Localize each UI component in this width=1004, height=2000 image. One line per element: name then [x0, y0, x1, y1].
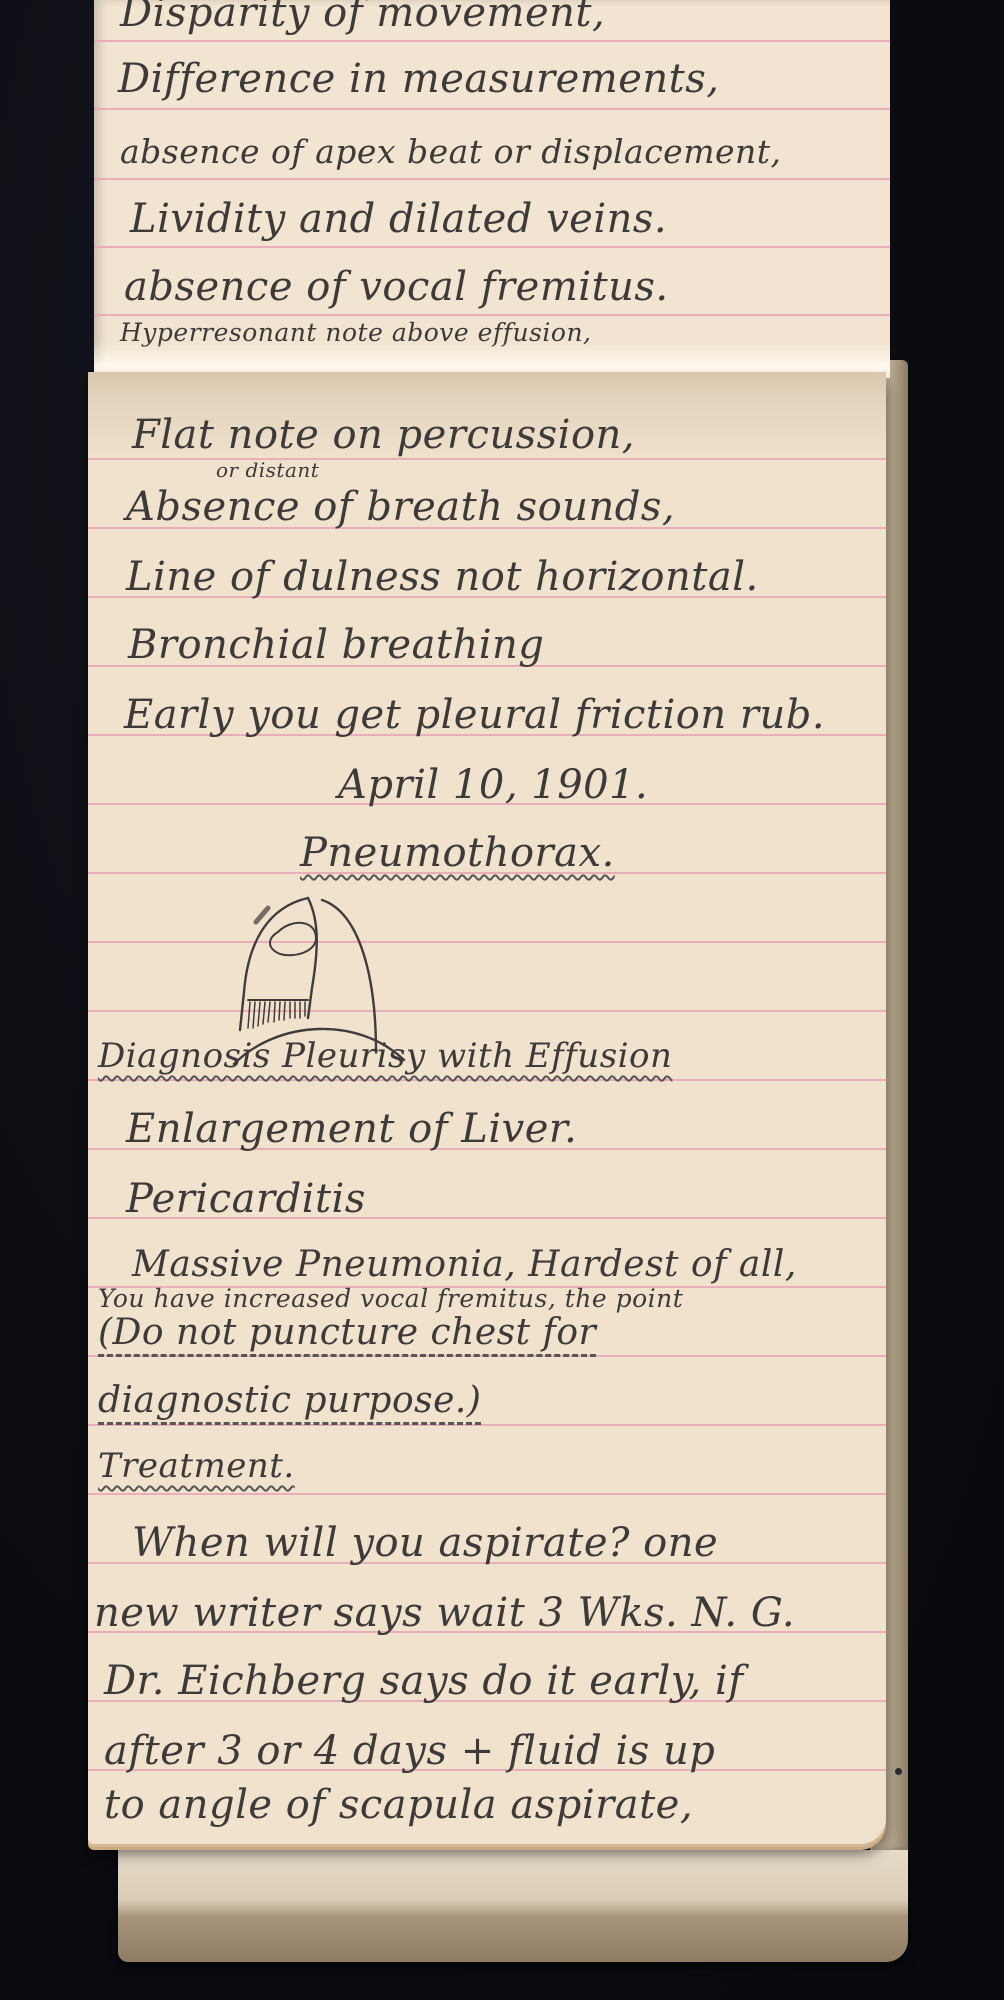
treatment-line: to angle of scapula aspirate, — [104, 1782, 693, 1828]
section-heading: Pneumothorax. — [300, 830, 615, 876]
main-page: Flat note on percussion, or distant Abse… — [88, 372, 886, 1844]
ruled-line — [94, 40, 890, 42]
entry-date: April 10, 1901. — [338, 762, 648, 808]
diagnosis-heading: Diagnosis Pleurisy with Effusion — [98, 1036, 672, 1076]
ruled-line — [88, 1079, 886, 1081]
ruled-line — [88, 458, 886, 460]
diagnosis-caution: (Do not puncture chest for — [98, 1312, 596, 1353]
ruled-line — [88, 1424, 886, 1426]
note-line: absence of vocal fremitus. — [124, 264, 669, 310]
speck-mark — [895, 1768, 902, 1775]
diagnosis-item: Massive Pneumonia, Hardest of all, — [132, 1244, 797, 1285]
note-line: Early you get pleural friction rub. — [124, 692, 825, 738]
treatment-line: after 3 or 4 days + fluid is up — [104, 1728, 715, 1774]
treatment-heading: Treatment. — [98, 1446, 295, 1486]
notebook-page-stack-bottom — [118, 1850, 908, 1962]
ruled-line — [88, 1355, 886, 1357]
diagnosis-note: You have increased vocal fremitus, the p… — [98, 1284, 683, 1313]
diagnosis-caution: diagnostic purpose.) — [98, 1380, 481, 1421]
treatment-line: new writer says wait 3 Wks. N. G. — [94, 1590, 795, 1636]
note-line: Flat note on percussion, — [132, 412, 635, 458]
ruled-line — [94, 108, 890, 110]
note-line: Absence of breath sounds, — [126, 484, 675, 530]
ruled-line — [94, 178, 890, 180]
note-line: absence of apex beat or displacement, — [120, 132, 782, 171]
note-line: Line of dulness not horizontal. — [126, 554, 759, 600]
note-line: Difference in measurements, — [118, 56, 719, 102]
note-insertion: or distant — [216, 458, 319, 482]
ruled-line — [94, 314, 890, 316]
note-line: Lividity and dilated veins. — [130, 196, 667, 242]
ruled-line — [88, 1493, 886, 1495]
upper-page: Disparity of movement, Difference in mea… — [94, 0, 890, 378]
diagnosis-item: Enlargement of Liver. — [126, 1106, 577, 1152]
diagnosis-item: Pericarditis — [126, 1176, 366, 1222]
note-line: Disparity of movement, — [120, 0, 605, 36]
ruled-line — [94, 246, 890, 248]
note-line: Bronchial breathing — [128, 622, 544, 668]
treatment-line: Dr. Eichberg says do it early, if — [104, 1658, 744, 1704]
treatment-line: When will you aspirate? one — [132, 1520, 718, 1566]
